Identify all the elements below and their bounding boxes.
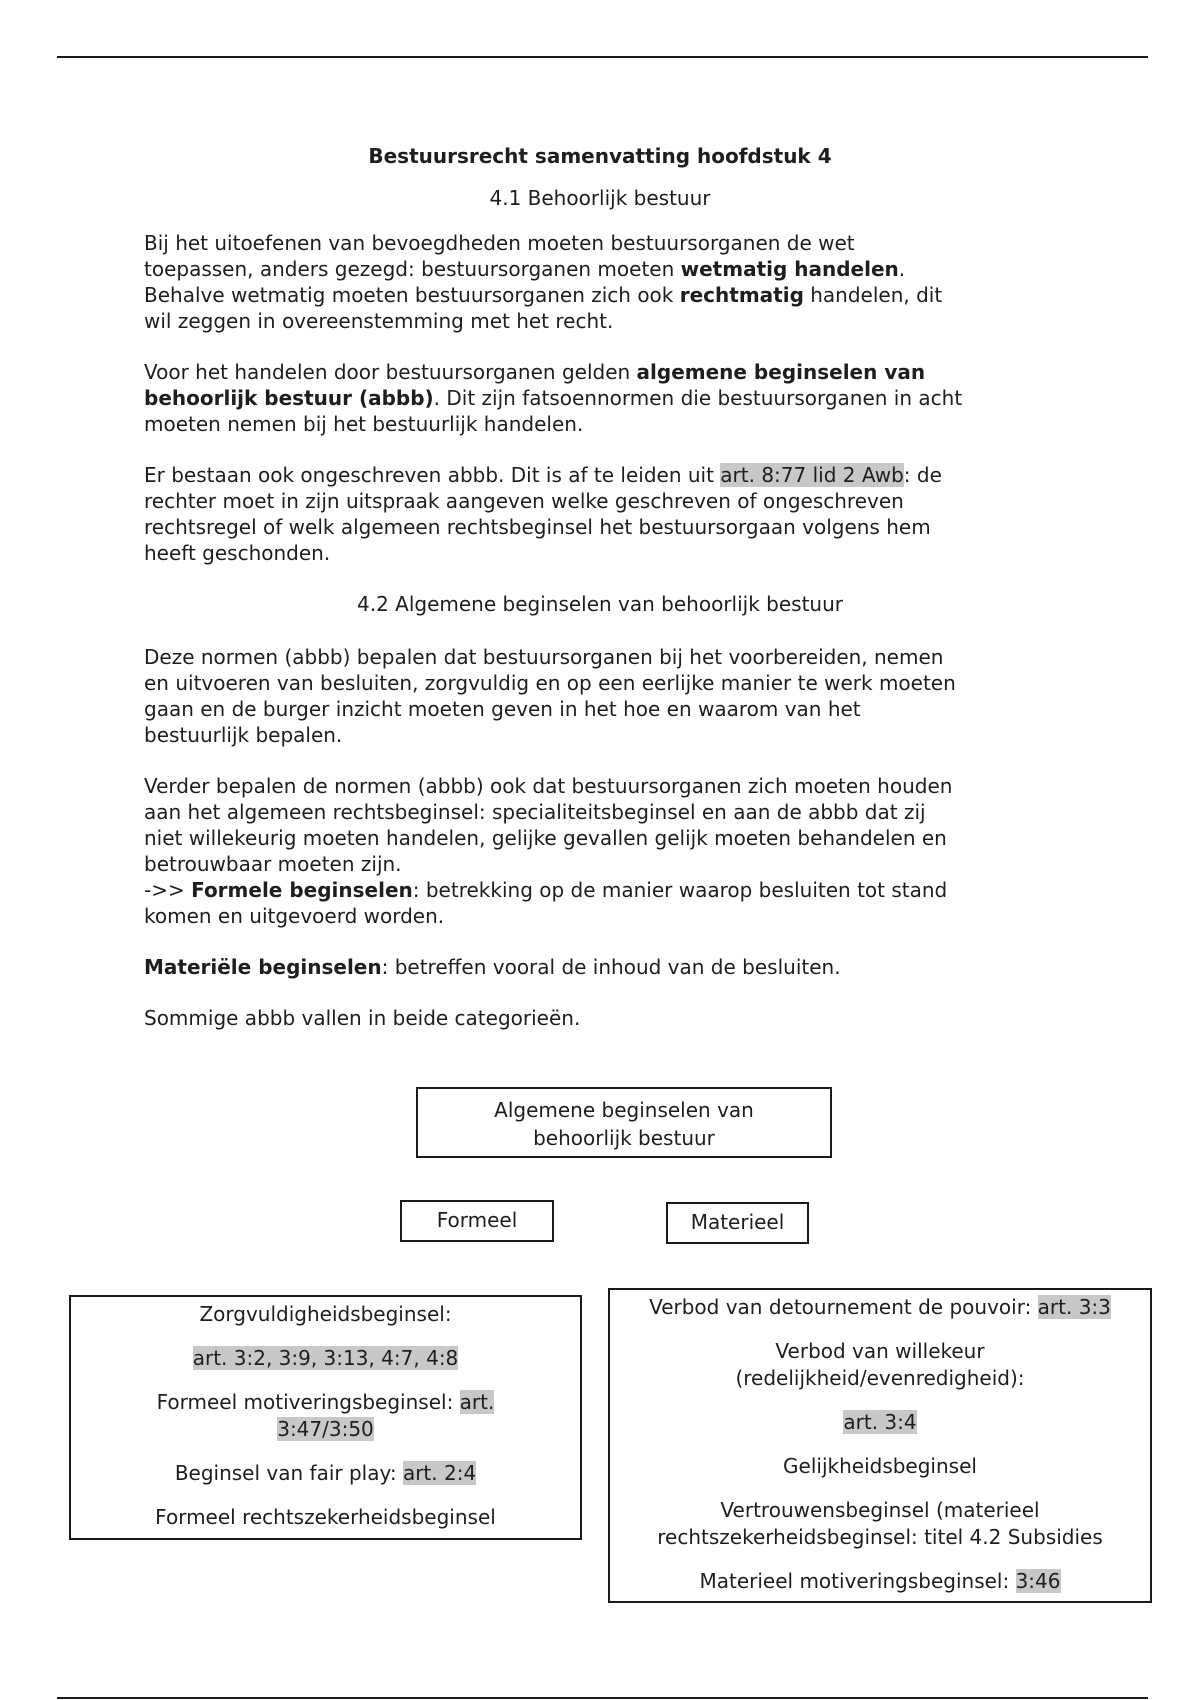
text-line: heeft geschonden. bbox=[144, 540, 1104, 566]
section-heading-4-1: 4.1 Behoorlijk bestuur bbox=[0, 185, 1200, 211]
principle-item: Beginsel van fair play: art. 2:4 bbox=[71, 1460, 580, 1487]
diagram-root-box: Algemene beginselen van behoorlijk bestu… bbox=[416, 1087, 832, 1158]
text-line: Zorgvuldigheidsbeginsel: bbox=[71, 1301, 580, 1328]
text-line: Behalve wetmatig moeten bestuursorganen … bbox=[144, 282, 1104, 308]
text-line: aan het algemeen rechtsbeginsel: special… bbox=[144, 799, 1104, 825]
paragraph: Materiële beginselen: betreffen vooral d… bbox=[144, 954, 1104, 980]
principle-item: Formeel rechtszekerheidsbeginsel bbox=[71, 1504, 580, 1531]
principle-item: Verbod van willekeur(redelijkheid/evenre… bbox=[610, 1338, 1150, 1392]
text-line: en uitvoeren van besluiten, zorgvuldig e… bbox=[144, 670, 1104, 696]
text-line: Bij het uitoefenen van bevoegdheden moet… bbox=[144, 230, 1104, 256]
text-run: Beginsel van fair play: bbox=[175, 1461, 403, 1485]
text-line: 3:47/3:50 bbox=[71, 1416, 580, 1443]
text-run: Vertrouwensbeginsel (materieel bbox=[720, 1498, 1039, 1522]
text-line: Er bestaan ook ongeschreven abbb. Dit is… bbox=[144, 462, 1104, 488]
text-line: rechtszekerheidsbeginsel: titel 4.2 Subs… bbox=[610, 1524, 1150, 1551]
text-line: toepassen, anders gezegd: bestuursorgane… bbox=[144, 256, 1104, 282]
text-run: : betrekking op de manier waarop besluit… bbox=[413, 878, 947, 902]
footer-rule bbox=[57, 1697, 1148, 1699]
principle-item: art. 3:2, 3:9, 3:13, 4:7, 4:8 bbox=[71, 1345, 580, 1372]
text-line: komen en uitgevoerd worden. bbox=[144, 903, 1104, 929]
text-line: moeten nemen bij het bestuurlijk handele… bbox=[144, 411, 1104, 437]
text-line: Materieel motiveringsbeginsel: 3:46 bbox=[610, 1568, 1150, 1595]
text-run: bestuurlijk bepalen. bbox=[144, 723, 342, 747]
text-run: Verbod van willekeur bbox=[775, 1339, 984, 1363]
article-reference: art. bbox=[460, 1390, 495, 1414]
article-reference: 3:46 bbox=[1016, 1569, 1061, 1593]
principle-item: Vertrouwensbeginsel (materieelrechtszeke… bbox=[610, 1497, 1150, 1551]
text-run: aan het algemeen rechtsbeginsel: special… bbox=[144, 800, 926, 824]
text-run: Bij het uitoefenen van bevoegdheden moet… bbox=[144, 231, 855, 255]
text-line: Formeel rechtszekerheidsbeginsel bbox=[71, 1504, 580, 1531]
text-line: Voor het handelen door bestuursorganen g… bbox=[144, 359, 1104, 385]
diagram-root-label-line: behoorlijk bestuur bbox=[418, 1124, 830, 1152]
text-line: Verbod van willekeur bbox=[610, 1338, 1150, 1365]
text-line: rechter moet in zijn uitspraak aangeven … bbox=[144, 488, 1104, 514]
text-run: handelen, dit bbox=[804, 283, 942, 307]
text-run: Sommige abbb vallen in beide categorieën… bbox=[144, 1006, 580, 1030]
bold-term: wetmatig handelen bbox=[681, 257, 899, 281]
text-run: . bbox=[899, 257, 905, 281]
diagram-materieel-box: Materieel bbox=[666, 1202, 809, 1244]
section-heading-4-2: 4.2 Algemene beginselen van behoorlijk b… bbox=[0, 591, 1200, 617]
text-line: (redelijkheid/evenredigheid): bbox=[610, 1365, 1150, 1392]
article-reference: art. 3:3 bbox=[1038, 1295, 1111, 1319]
text-run: Verder bepalen de normen (abbb) ook dat … bbox=[144, 774, 952, 798]
article-reference: art. 3:2, 3:9, 3:13, 4:7, 4:8 bbox=[193, 1346, 459, 1370]
paragraph: Deze normen (abbb) bepalen dat bestuurso… bbox=[144, 644, 1104, 748]
text-line: Formeel motiveringsbeginsel: art. bbox=[71, 1389, 580, 1416]
text-line: gaan en de burger inzicht moeten geven i… bbox=[144, 696, 1104, 722]
text-run: niet willekeurig moeten handelen, gelijk… bbox=[144, 826, 947, 850]
paragraph: Er bestaan ook ongeschreven abbb. Dit is… bbox=[144, 462, 1104, 566]
text-run: Voor het handelen door bestuursorganen g… bbox=[144, 360, 637, 384]
materieel-principles-box: Verbod van detournement de pouvoir: art.… bbox=[608, 1288, 1152, 1603]
principle-item: Verbod van detournement de pouvoir: art.… bbox=[610, 1294, 1150, 1321]
text-line: Verbod van detournement de pouvoir: art.… bbox=[610, 1294, 1150, 1321]
diagram-formeel-box: Formeel bbox=[400, 1200, 554, 1242]
article-reference: art. 3:4 bbox=[843, 1410, 916, 1434]
text-run: Gelijkheidsbeginsel bbox=[783, 1454, 977, 1478]
article-reference: art. 2:4 bbox=[403, 1461, 476, 1485]
text-run: ->> bbox=[144, 878, 191, 902]
text-run: : de bbox=[904, 463, 942, 487]
text-line: art. 3:2, 3:9, 3:13, 4:7, 4:8 bbox=[71, 1345, 580, 1372]
text-run: Behalve wetmatig moeten bestuursorganen … bbox=[144, 283, 680, 307]
text-run: moeten nemen bij het bestuurlijk handele… bbox=[144, 412, 583, 436]
text-run: wil zeggen in overeenstemming met het re… bbox=[144, 309, 613, 333]
principle-item: Gelijkheidsbeginsel bbox=[610, 1453, 1150, 1480]
text-run: Deze normen (abbb) bepalen dat bestuurso… bbox=[144, 645, 943, 669]
principle-item: Materieel motiveringsbeginsel: 3:46 bbox=[610, 1568, 1150, 1595]
bold-term: behoorlijk bestuur (abbb) bbox=[144, 386, 434, 410]
page-title: Bestuursrecht samenvatting hoofdstuk 4 bbox=[0, 143, 1200, 169]
text-run: Zorgvuldigheidsbeginsel: bbox=[199, 1302, 451, 1326]
text-run: rechter moet in zijn uitspraak aangeven … bbox=[144, 489, 904, 513]
diagram-root-label-line: Algemene beginselen van bbox=[418, 1096, 830, 1124]
formeel-principles-box: Zorgvuldigheidsbeginsel:art. 3:2, 3:9, 3… bbox=[69, 1295, 582, 1540]
paragraph: Sommige abbb vallen in beide categorieën… bbox=[144, 1005, 1104, 1031]
text-run: Formeel motiveringsbeginsel: bbox=[157, 1390, 460, 1414]
diagram-materieel-label: Materieel bbox=[691, 1210, 785, 1234]
principle-item: Zorgvuldigheidsbeginsel: bbox=[71, 1301, 580, 1328]
text-line: rechtsregel of welk algemeen rechtsbegin… bbox=[144, 514, 1104, 540]
text-run: heeft geschonden. bbox=[144, 541, 330, 565]
text-run: en uitvoeren van besluiten, zorgvuldig e… bbox=[144, 671, 956, 695]
text-line: Beginsel van fair play: art. 2:4 bbox=[71, 1460, 580, 1487]
bold-term: rechtmatig bbox=[680, 283, 804, 307]
text-line: Verder bepalen de normen (abbb) ook dat … bbox=[144, 773, 1104, 799]
bold-term: algemene beginselen van bbox=[637, 360, 926, 384]
text-line: betrouwbaar moeten zijn. bbox=[144, 851, 1104, 877]
text-line: Materiële beginselen: betreffen vooral d… bbox=[144, 954, 1104, 980]
paragraph: Voor het handelen door bestuursorganen g… bbox=[144, 359, 1104, 437]
paragraph: Verder bepalen de normen (abbb) ook dat … bbox=[144, 773, 1104, 929]
text-line: ->> Formele beginselen: betrekking op de… bbox=[144, 877, 1104, 903]
text-line: Gelijkheidsbeginsel bbox=[610, 1453, 1150, 1480]
text-run: Materieel motiveringsbeginsel: bbox=[699, 1569, 1015, 1593]
principle-item: Formeel motiveringsbeginsel: art.3:47/3:… bbox=[71, 1389, 580, 1443]
text-run: rechtsregel of welk algemeen rechtsbegin… bbox=[144, 515, 931, 539]
diagram-formeel-label: Formeel bbox=[437, 1208, 518, 1232]
text-line: Deze normen (abbb) bepalen dat bestuurso… bbox=[144, 644, 1104, 670]
text-run: Verbod van detournement de pouvoir: bbox=[649, 1295, 1038, 1319]
text-line: wil zeggen in overeenstemming met het re… bbox=[144, 308, 1104, 334]
article-reference: art. 8:77 lid 2 Awb bbox=[720, 463, 903, 487]
text-line: behoorlijk bestuur (abbb). Dit zijn fats… bbox=[144, 385, 1104, 411]
text-run: Er bestaan ook ongeschreven abbb. Dit is… bbox=[144, 463, 720, 487]
text-run: gaan en de burger inzicht moeten geven i… bbox=[144, 697, 861, 721]
text-line: Vertrouwensbeginsel (materieel bbox=[610, 1497, 1150, 1524]
article-reference: 3:47/3:50 bbox=[277, 1417, 374, 1441]
bold-term: Materiële beginselen bbox=[144, 955, 382, 979]
text-run: toepassen, anders gezegd: bestuursorgane… bbox=[144, 257, 681, 281]
text-run: Formeel rechtszekerheidsbeginsel bbox=[155, 1505, 496, 1529]
principle-item: art. 3:4 bbox=[610, 1409, 1150, 1436]
paragraph: Bij het uitoefenen van bevoegdheden moet… bbox=[144, 230, 1104, 334]
text-run: (redelijkheid/evenredigheid): bbox=[735, 1366, 1024, 1390]
text-line: niet willekeurig moeten handelen, gelijk… bbox=[144, 825, 1104, 851]
text-run: : betreffen vooral de inhoud van de besl… bbox=[382, 955, 841, 979]
text-line: art. 3:4 bbox=[610, 1409, 1150, 1436]
text-line: Sommige abbb vallen in beide categorieën… bbox=[144, 1005, 1104, 1031]
text-run: rechtszekerheidsbeginsel: titel 4.2 Subs… bbox=[657, 1525, 1102, 1549]
text-line: bestuurlijk bepalen. bbox=[144, 722, 1104, 748]
text-run: . Dit zijn fatsoennormen die bestuursorg… bbox=[434, 386, 963, 410]
text-run: komen en uitgevoerd worden. bbox=[144, 904, 444, 928]
header-rule bbox=[57, 56, 1148, 58]
bold-term: Formele beginselen bbox=[191, 878, 413, 902]
text-run: betrouwbaar moeten zijn. bbox=[144, 852, 402, 876]
